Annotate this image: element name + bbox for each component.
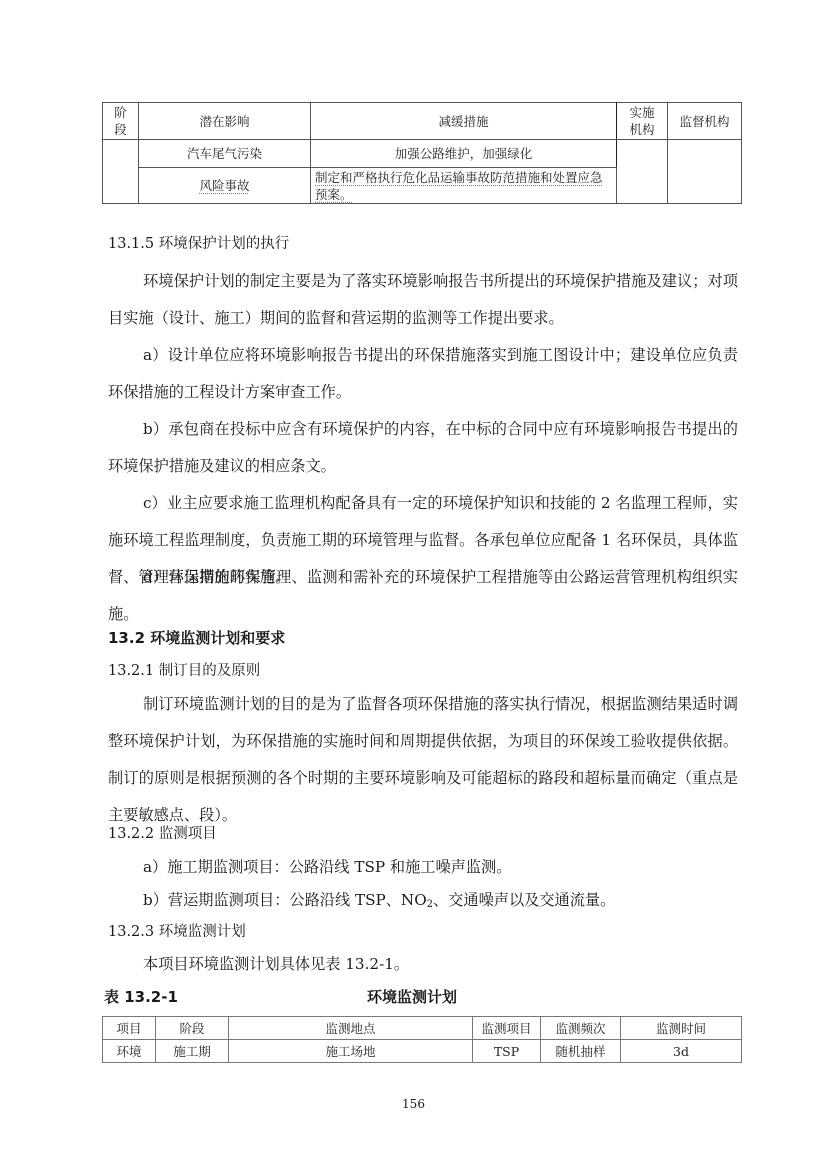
paragraph-text: b）承包商在投标中应含有环境保护的内容，在中标的合同中应有环境影响报告书提出的环… xyxy=(108,420,738,475)
header-cell-measure: 减缓措施 xyxy=(311,103,617,140)
list-item-text: 、交通噪声以及交通流量。 xyxy=(433,891,615,909)
table-cell: 施工场地 xyxy=(229,1040,473,1063)
list-item-text: a）施工期监测项目：公路沿线 TSP 和施工噪声监测。 xyxy=(143,858,511,876)
paragraph: 本项目环境监测计划具体见表 13.2-1。 xyxy=(108,946,738,983)
header-implementer-line1: 实施 xyxy=(629,105,654,120)
table-number: 表 13.2-1 xyxy=(104,986,178,1007)
header-cell: 监测项目 xyxy=(473,1017,541,1040)
measure-text: 制定和严格执行危化品运输事故防范措施和处置应急预案。 xyxy=(315,170,603,202)
paragraph: 环境保护计划的制定主要是为了落实环境影响报告书所提出的环境保护措施及建议；对项目… xyxy=(108,263,738,337)
table-header-row: 阶 段 潜在影响 减缓措施 实施 机构 监督机构 xyxy=(103,103,742,140)
table-row: 汽车尾气污染 加强公路维护，加强绿化 xyxy=(103,140,742,168)
table-header-row: 项目 阶段 监测地点 监测项目 监测频次 监测时间 xyxy=(103,1017,742,1040)
list-item: b）营运期监测项目：公路沿线 TSP、NO2、交通噪声以及交通流量。 xyxy=(108,882,738,923)
header-cell-implementer: 实施 机构 xyxy=(617,103,668,140)
header-cell: 监测地点 xyxy=(229,1017,473,1040)
header-cell: 阶段 xyxy=(156,1017,229,1040)
paragraph-text: 环境保护计划的制定主要是为了落实环境影响报告书所提出的环境保护措施及建议；对项目… xyxy=(108,272,738,327)
section-heading-13-2-1: 13.2.1 制订目的及原则 xyxy=(108,659,260,680)
header-cell-supervisor: 监督机构 xyxy=(668,103,742,140)
table-cell: 施工期 xyxy=(156,1040,229,1063)
measure-cell: 制定和严格执行危化品运输事故防范措施和处置应急预案。 xyxy=(311,168,617,204)
header-stage-line2: 段 xyxy=(114,122,127,137)
paragraph-text: d）营运期的环保管理、监测和需补充的环境保护工程措施等由公路运营管理机构组织实施… xyxy=(108,568,738,623)
header-cell-stage: 阶 段 xyxy=(103,103,139,140)
stage-cell xyxy=(103,140,139,204)
table-cell: 3d xyxy=(621,1040,742,1063)
table-row: 环境 施工期 施工场地 TSP 随机抽样 3d xyxy=(103,1040,742,1063)
page-number: 156 xyxy=(0,1097,827,1111)
impact-cell: 汽车尾气污染 xyxy=(139,140,311,168)
supervisor-cell xyxy=(668,140,742,204)
implementer-cell xyxy=(617,140,668,204)
impact-cell: 风险事故 xyxy=(139,168,311,204)
header-cell: 项目 xyxy=(103,1017,156,1040)
header-implementer-line2: 机构 xyxy=(629,122,654,137)
list-item: a）施工期监测项目：公路沿线 TSP 和施工噪声监测。 xyxy=(108,849,738,886)
mitigation-table: 阶 段 潜在影响 减缓措施 实施 机构 监督机构 汽车尾气污染 加强公路维护，加… xyxy=(102,102,742,204)
header-cell-impact: 潜在影响 xyxy=(139,103,311,140)
paragraph-text: a）设计单位应将环境影响报告书提出的环保措施落实到施工图设计中；建设单位应负责环… xyxy=(108,346,738,401)
paragraph: 制订环境监测计划的目的是为了监督各项环保措施的落实执行情况，根据监测结果适时调整… xyxy=(108,686,738,834)
paragraph-text: 本项目环境监测计划具体见表 13.2-1。 xyxy=(143,955,409,973)
table-cell: 随机抽样 xyxy=(541,1040,621,1063)
table-cell: TSP xyxy=(473,1040,541,1063)
section-heading-13-2-3: 13.2.3 环境监测计划 xyxy=(108,920,246,941)
section-heading-13-1-5: 13.1.5 环境保护计划的执行 xyxy=(108,232,289,253)
measure-cell: 加强公路维护，加强绿化 xyxy=(311,140,617,168)
section-heading-13-2: 13.2 环境监测计划和要求 xyxy=(108,627,285,648)
monitoring-table: 项目 阶段 监测地点 监测项目 监测频次 监测时间 环境 施工期 施工场地 TS… xyxy=(102,1016,742,1063)
section-heading-13-2-2: 13.2.2 监测项目 xyxy=(108,822,217,843)
table-cell: 环境 xyxy=(103,1040,156,1063)
paragraph: b）承包商在投标中应含有环境保护的内容，在中标的合同中应有环境影响报告书提出的环… xyxy=(108,411,738,485)
paragraph: a）设计单位应将环境影响报告书提出的环保措施落实到施工图设计中；建设单位应负责环… xyxy=(108,337,738,411)
impact-text: 风险事故 xyxy=(199,178,249,193)
header-cell: 监测频次 xyxy=(541,1017,621,1040)
header-stage-line1: 阶 xyxy=(114,105,127,120)
list-item-text: b）营运期监测项目：公路沿线 TSP、NO xyxy=(143,891,427,909)
header-cell: 监测时间 xyxy=(621,1017,742,1040)
paragraph: d）营运期的环保管理、监测和需补充的环境保护工程措施等由公路运营管理机构组织实施… xyxy=(108,559,738,633)
table-title: 环境监测计划 xyxy=(367,986,457,1007)
paragraph-text: 制订环境监测计划的目的是为了监督各项环保措施的落实执行情况，根据监测结果适时调整… xyxy=(108,695,738,824)
